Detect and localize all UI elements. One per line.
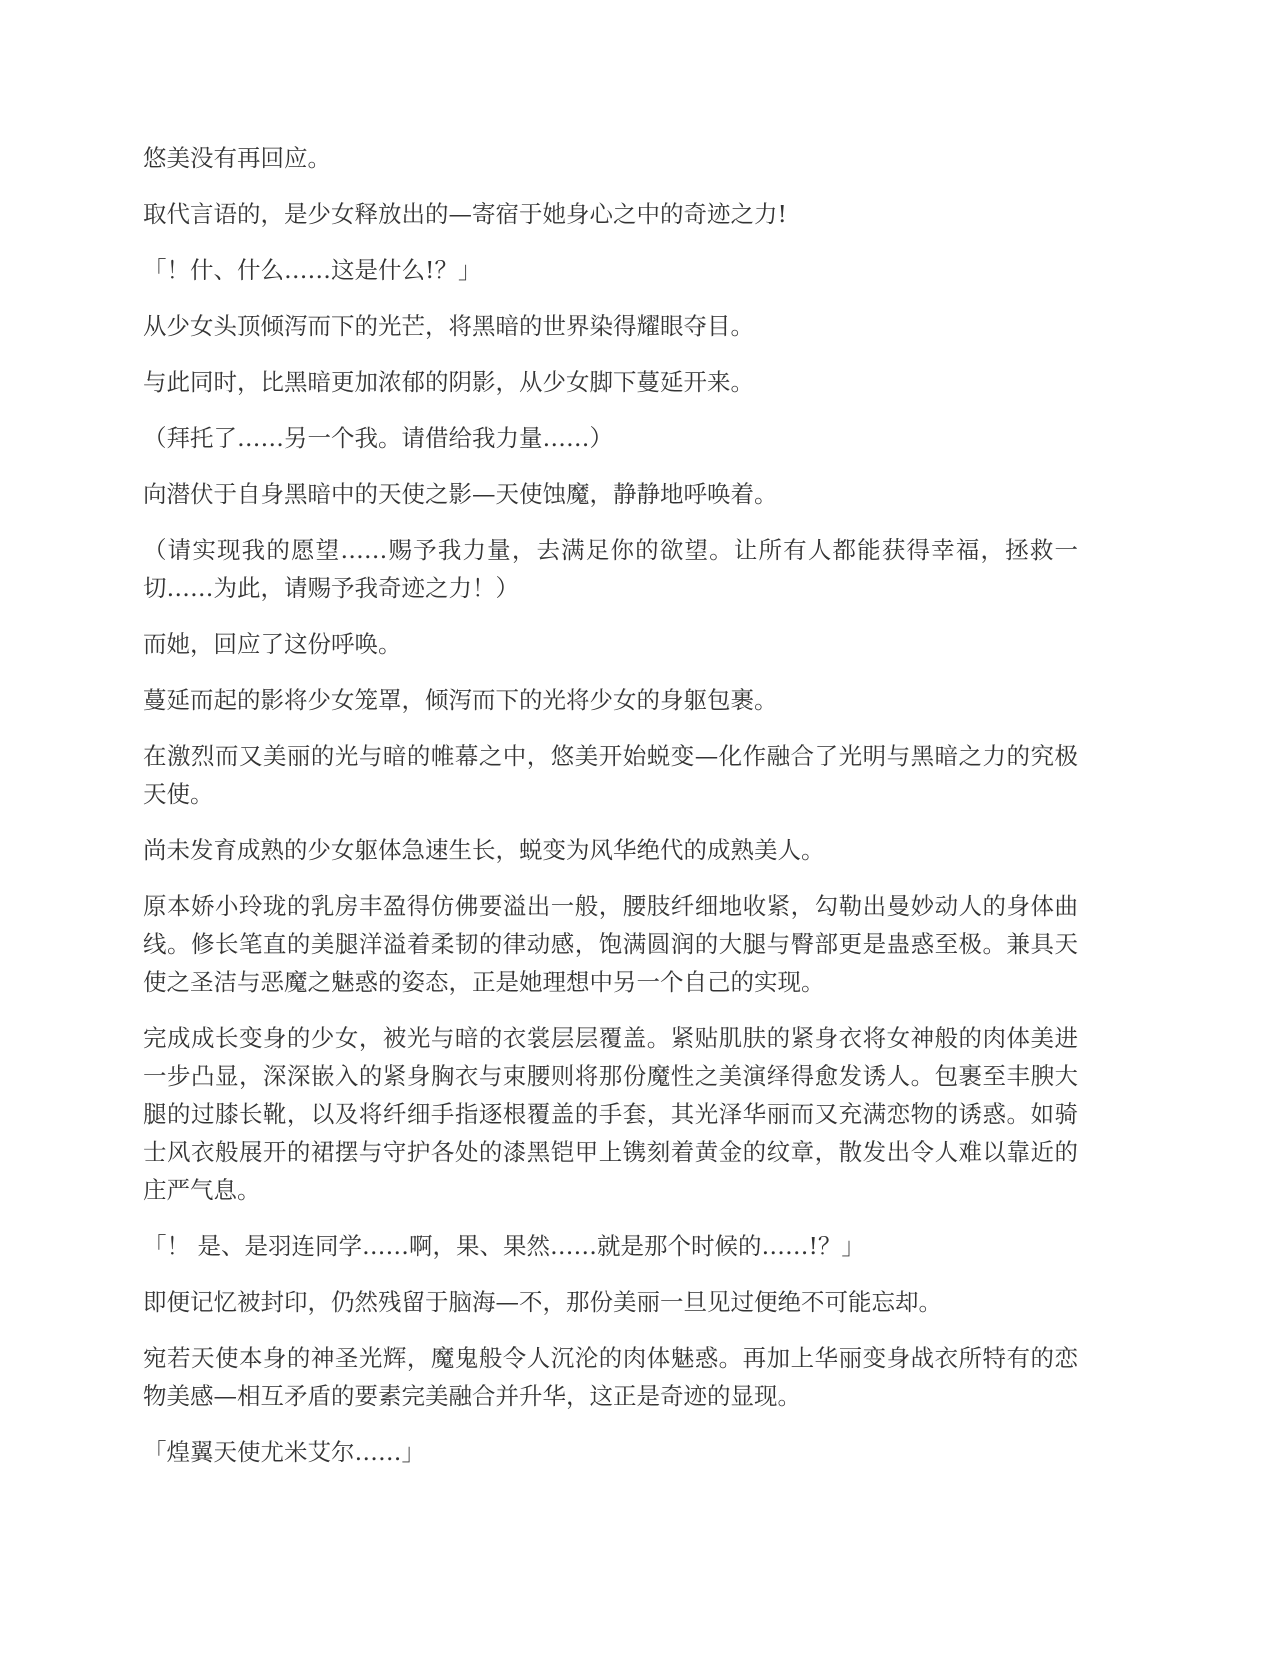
paragraph: 即便记忆被封印，仍然残留于脑海—不，那份美丽一旦见过便绝不可能忘却。 — [143, 1283, 1078, 1321]
paragraph: 「煌翼天使尤米艾尔……」 — [143, 1433, 1078, 1471]
paragraph: 在激烈而又美丽的光与暗的帷幕之中，悠美开始蜕变—化作融合了光明与黑暗之力的究极天… — [143, 737, 1078, 813]
document-page: 悠美没有再回应。取代言语的，是少女释放出的—寄宿于她身心之中的奇迹之力!「！什、… — [0, 0, 1280, 1656]
paragraph: 从少女头顶倾泻而下的光芒，将黑暗的世界染得耀眼夺目。 — [143, 307, 1078, 345]
paragraph: 宛若天使本身的神圣光辉，魔鬼般令人沉沦的肉体魅惑。再加上华丽变身战衣所特有的恋物… — [143, 1339, 1078, 1415]
paragraph: 蔓延而起的影将少女笼罩，倾泻而下的光将少女的身躯包裹。 — [143, 681, 1078, 719]
text-content: 悠美没有再回应。取代言语的，是少女释放出的—寄宿于她身心之中的奇迹之力!「！什、… — [143, 139, 1078, 1489]
paragraph: 与此同时，比黑暗更加浓郁的阴影，从少女脚下蔓延开来。 — [143, 363, 1078, 401]
paragraph: （请实现我的愿望……赐予我力量，去满足你的欲望。让所有人都能获得幸福，拯救一切…… — [143, 531, 1078, 607]
paragraph: 原本娇小玲珑的乳房丰盈得仿佛要溢出一般，腰肢纤细地收紧，勾勒出曼妙动人的身体曲线… — [143, 887, 1078, 1001]
paragraph: （拜托了……另一个我。请借给我力量……） — [143, 419, 1078, 457]
paragraph: 取代言语的，是少女释放出的—寄宿于她身心之中的奇迹之力! — [143, 195, 1078, 233]
paragraph: 「！ 是、是羽连同学……啊，果、果然……就是那个时候的……!？」 — [143, 1227, 1078, 1265]
paragraph: 尚未发育成熟的少女躯体急速生长，蜕变为风华绝代的成熟美人。 — [143, 831, 1078, 869]
paragraph: 而她，回应了这份呼唤。 — [143, 625, 1078, 663]
paragraph: 「！什、什么……这是什么!？」 — [143, 251, 1078, 289]
paragraph: 悠美没有再回应。 — [143, 139, 1078, 177]
paragraph: 完成成长变身的少女，被光与暗的衣裳层层覆盖。紧贴肌肤的紧身衣将女神般的肉体美进一… — [143, 1019, 1078, 1209]
paragraph: 向潜伏于自身黑暗中的天使之影—天使蚀魔，静静地呼唤着。 — [143, 475, 1078, 513]
